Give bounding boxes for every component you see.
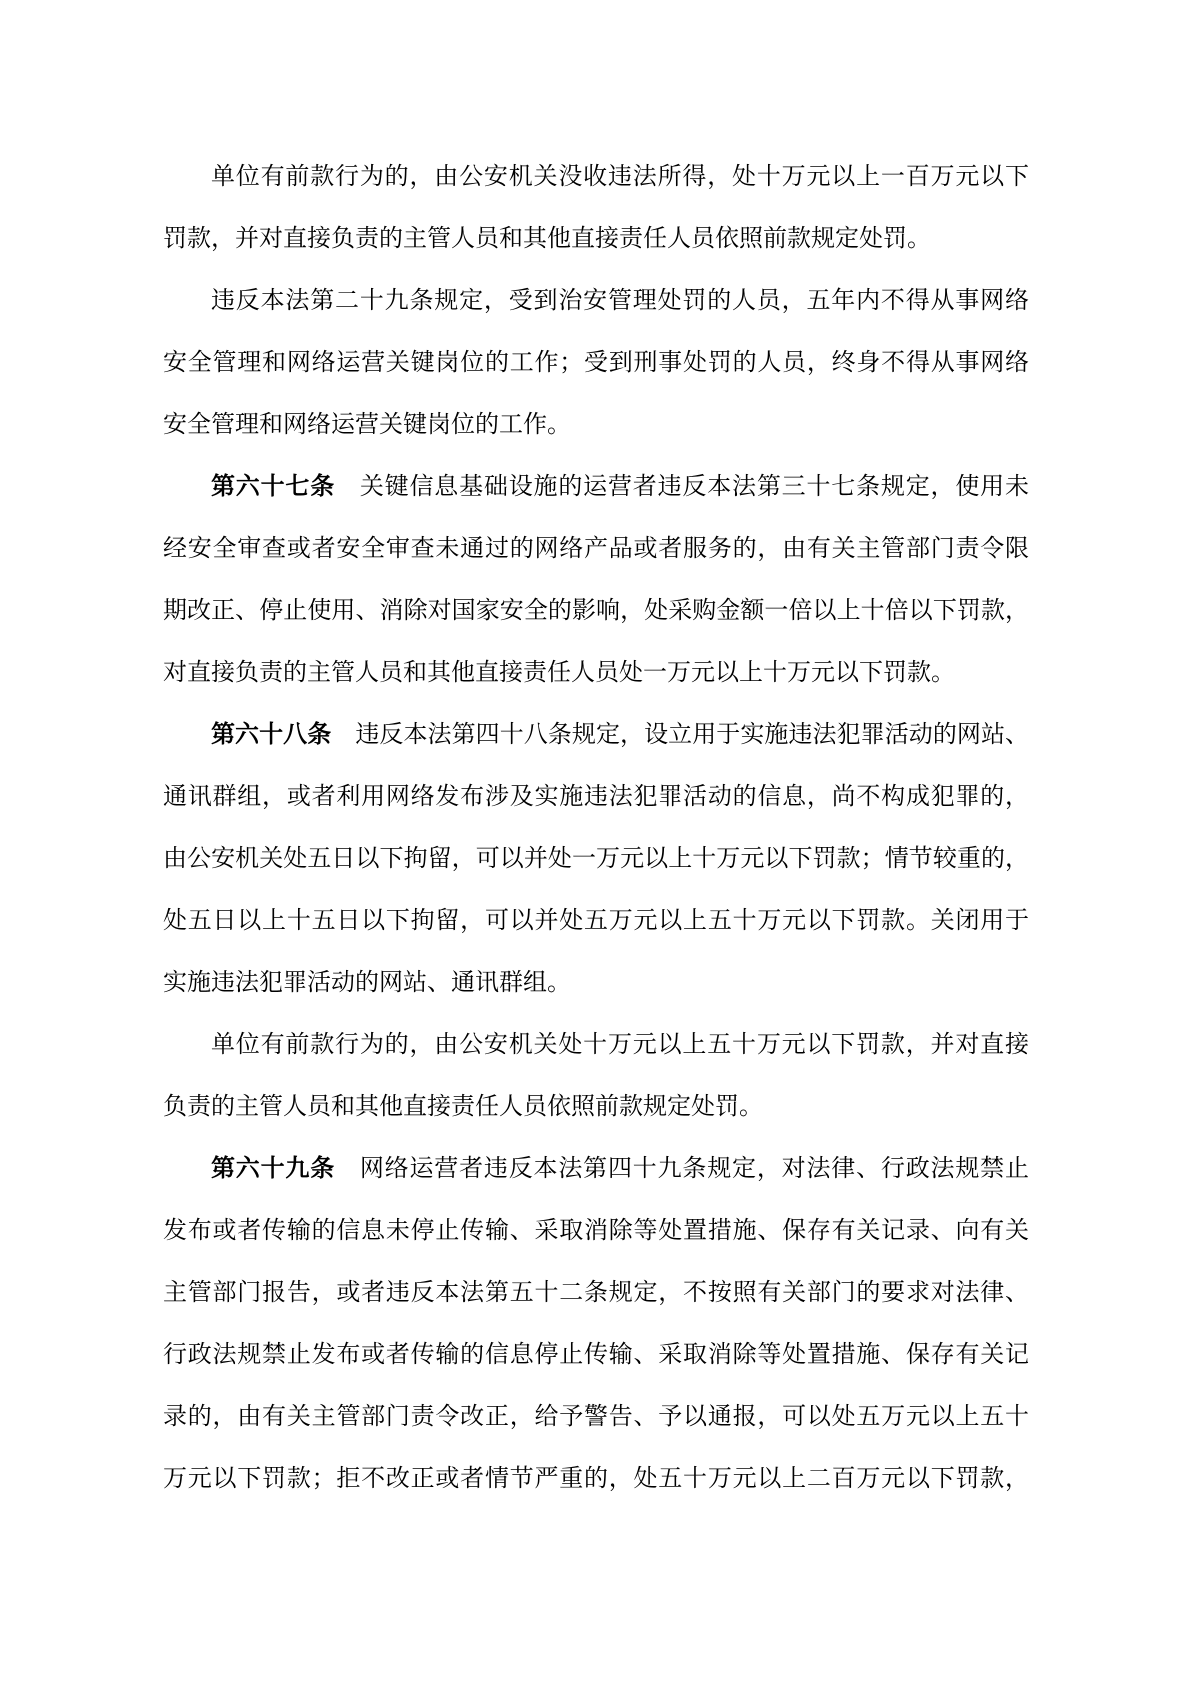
text-line: 对直接负责的主管人员和其他直接责任人员处一万元以上十万元以下罚款。 [163,642,1029,704]
article-number: 第六十八条 [211,721,331,748]
line-text: 发布或者传输的信息未停止传输、采取消除等处置措施、保存有关记录、向有关 [163,1217,1029,1244]
text-line: 违反本法第二十九条规定，受到治安管理处罚的人员，五年内不得从事网络 [163,270,1029,332]
line-text: 关键信息基础设施的运营者违反本法第三十七条规定，使用未 [335,473,1029,500]
page: 单位有前款行为的，由公安机关没收违法所得，处十万元以上一百万元以下 罚款，并对直… [0,0,1191,1684]
paragraph-article-68: 第六十八条 违反本法第四十八条规定，设立用于实施违法犯罪活动的网站、 通讯群组，… [163,704,1029,1014]
line-text: 通讯群组，或者利用网络发布涉及实施违法犯罪活动的信息，尚不构成犯罪的， [163,783,1029,810]
text-line: 第六十七条 关键信息基础设施的运营者违反本法第三十七条规定，使用未 [163,456,1029,518]
line-text: 违反本法第二十九条规定，受到治安管理处罚的人员，五年内不得从事网络 [211,287,1029,314]
text-line: 期改正、停止使用、消除对国家安全的影响，处采购金额一倍以上十倍以下罚款， [163,580,1029,642]
line-text: 处五日以上十五日以下拘留，可以并处五万元以上五十万元以下罚款。关闭用于 [163,907,1029,934]
text-line: 录的，由有关主管部门责令改正，给予警告、予以通报，可以处五万元以上五十 [163,1386,1029,1448]
text-line: 第六十九条 网络运营者违反本法第四十九条规定，对法律、行政法规禁止 [163,1138,1029,1200]
text-line: 负责的主管人员和其他直接责任人员依照前款规定处罚。 [163,1076,1029,1138]
line-text: 安全管理和网络运营关键岗位的工作。 [163,411,571,438]
line-text: 经安全审查或者安全审查未通过的网络产品或者服务的，由有关主管部门责令限 [163,535,1029,562]
text-line: 主管部门报告，或者违反本法第五十二条规定，不按照有关部门的要求对法律、 [163,1262,1029,1324]
line-text: 违反本法第四十八条规定，设立用于实施违法犯罪活动的网站、 [331,721,1029,748]
line-text: 万元以下罚款；拒不改正或者情节严重的，处五十万元以上二百万元以下罚款， [163,1465,1029,1492]
line-text: 实施违法犯罪活动的网站、通讯群组。 [163,969,571,996]
line-text: 安全管理和网络运营关键岗位的工作；受到刑事处罚的人员，终身不得从事网络 [163,349,1029,376]
article-number: 第六十七条 [211,473,335,500]
paragraph: 违反本法第二十九条规定，受到治安管理处罚的人员，五年内不得从事网络 安全管理和网… [163,270,1029,456]
text-line: 单位有前款行为的，由公安机关处十万元以上五十万元以下罚款，并对直接 [163,1014,1029,1076]
text-line: 万元以下罚款；拒不改正或者情节严重的，处五十万元以上二百万元以下罚款， [163,1448,1029,1510]
paragraph: 单位有前款行为的，由公安机关没收违法所得，处十万元以上一百万元以下 罚款，并对直… [163,146,1029,270]
text-line: 通讯群组，或者利用网络发布涉及实施违法犯罪活动的信息，尚不构成犯罪的， [163,766,1029,828]
line-text: 录的，由有关主管部门责令改正，给予警告、予以通报，可以处五万元以上五十 [163,1403,1029,1430]
line-text: 单位有前款行为的，由公安机关没收违法所得，处十万元以上一百万元以下 [211,163,1029,190]
article-number: 第六十九条 [211,1155,335,1182]
paragraph-article-67: 第六十七条 关键信息基础设施的运营者违反本法第三十七条规定，使用未 经安全审查或… [163,456,1029,704]
text-line: 安全管理和网络运营关键岗位的工作。 [163,394,1029,456]
paragraph-article-69: 第六十九条 网络运营者违反本法第四十九条规定，对法律、行政法规禁止 发布或者传输… [163,1138,1029,1510]
text-line: 实施违法犯罪活动的网站、通讯群组。 [163,952,1029,1014]
line-text: 负责的主管人员和其他直接责任人员依照前款规定处罚。 [163,1093,763,1120]
paragraph: 单位有前款行为的，由公安机关处十万元以上五十万元以下罚款，并对直接 负责的主管人… [163,1014,1029,1138]
text-line: 第六十八条 违反本法第四十八条规定，设立用于实施违法犯罪活动的网站、 [163,704,1029,766]
text-line: 安全管理和网络运营关键岗位的工作；受到刑事处罚的人员，终身不得从事网络 [163,332,1029,394]
text-line: 处五日以上十五日以下拘留，可以并处五万元以上五十万元以下罚款。关闭用于 [163,890,1029,952]
text-line: 行政法规禁止发布或者传输的信息停止传输、采取消除等处置措施、保存有关记 [163,1324,1029,1386]
text-line: 罚款，并对直接负责的主管人员和其他直接责任人员依照前款规定处罚。 [163,208,1029,270]
line-text: 期改正、停止使用、消除对国家安全的影响，处采购金额一倍以上十倍以下罚款， [163,597,1029,624]
document-body: 单位有前款行为的，由公安机关没收违法所得，处十万元以上一百万元以下 罚款，并对直… [163,146,1029,1510]
text-line: 由公安机关处五日以下拘留，可以并处一万元以上十万元以下罚款；情节较重的， [163,828,1029,890]
line-text: 罚款，并对直接负责的主管人员和其他直接责任人员依照前款规定处罚。 [163,225,931,252]
line-text: 行政法规禁止发布或者传输的信息停止传输、采取消除等处置措施、保存有关记 [163,1341,1029,1368]
line-text: 网络运营者违反本法第四十九条规定，对法律、行政法规禁止 [335,1155,1029,1182]
text-line: 发布或者传输的信息未停止传输、采取消除等处置措施、保存有关记录、向有关 [163,1200,1029,1262]
line-text: 由公安机关处五日以下拘留，可以并处一万元以上十万元以下罚款；情节较重的， [163,845,1029,872]
line-text: 单位有前款行为的，由公安机关处十万元以上五十万元以下罚款，并对直接 [211,1031,1029,1058]
line-text: 对直接负责的主管人员和其他直接责任人员处一万元以上十万元以下罚款。 [163,659,955,686]
line-text: 主管部门报告，或者违反本法第五十二条规定，不按照有关部门的要求对法律、 [163,1279,1029,1306]
text-line: 单位有前款行为的，由公安机关没收违法所得，处十万元以上一百万元以下 [163,146,1029,208]
text-line: 经安全审查或者安全审查未通过的网络产品或者服务的，由有关主管部门责令限 [163,518,1029,580]
